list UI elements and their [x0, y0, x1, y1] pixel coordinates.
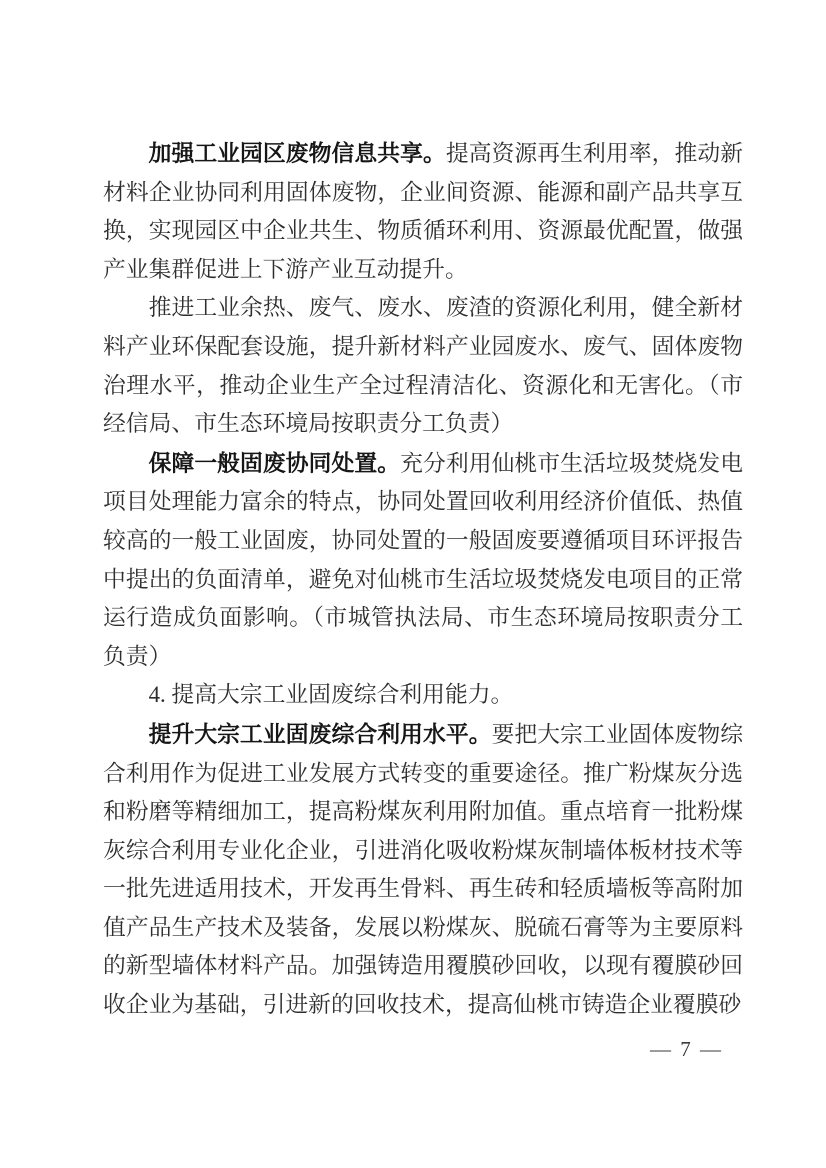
paragraph: 保障一般固废协同处置。充分利用仙桃市生活垃圾焚烧发电项目处理能力富余的特点，协同… [103, 444, 743, 677]
paragraph-text: 充分利用仙桃市生活垃圾焚烧发电项目处理能力富余的特点，协同处置回收利用经济价值低… [103, 451, 743, 669]
paragraph-lead: 保障一般固废协同处置。 [149, 450, 401, 476]
paragraph-lead: 加强工业园区废物信息共享。 [149, 140, 446, 166]
paragraph-numbered-heading: 4. 提高大宗工业固废综合利用能力。 [103, 676, 743, 715]
paragraph: 提升大宗工业固废综合利用水平。要把大宗工业固体废物综合利用作为促进工业发展方式转… [103, 715, 743, 1025]
paragraph: 加强工业园区废物信息共享。提高资源再生利用率，推动新材料企业协同利用固体废物，企… [103, 134, 743, 289]
paragraph-text: 4. 提高大宗工业固废综合利用能力。 [149, 682, 514, 707]
paragraph-lead: 提升大宗工业固废综合利用水平。 [149, 721, 492, 747]
document-body: 加强工业园区废物信息共享。提高资源再生利用率，推动新材料企业协同利用固体废物，企… [103, 134, 743, 1025]
page-number: — 7 — [650, 1036, 723, 1062]
document-page: 加强工业园区废物信息共享。提高资源再生利用率，推动新材料企业协同利用固体废物，企… [0, 0, 826, 1168]
paragraph-text: 推进工业余热、废气、废水、废渣的资源化利用，健全新材料产业环保配套设施，提升新材… [103, 295, 743, 436]
paragraph-text: 要把大宗工业固体废物综合利用作为促进工业发展方式转变的重要途径。推广粉煤灰分选和… [103, 722, 743, 1017]
paragraph: 推进工业余热、废气、废水、废渣的资源化利用，健全新材料产业环保配套设施，提升新材… [103, 289, 743, 443]
